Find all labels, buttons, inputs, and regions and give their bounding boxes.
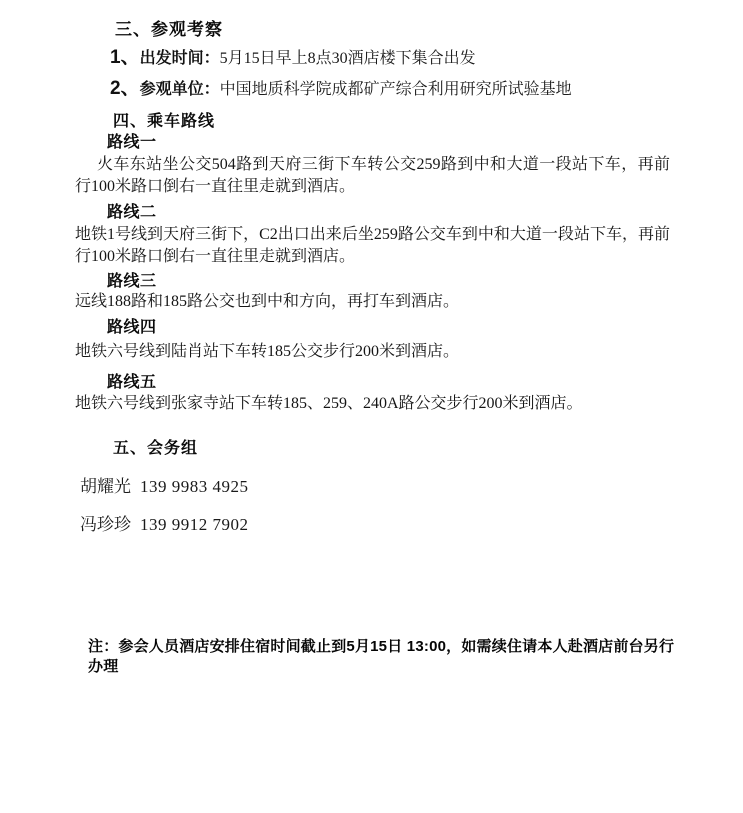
contact-name: 冯珍珍 — [80, 515, 131, 534]
route-3-text: 远线188路和185路公交也到中和方向，再打车到酒店。 — [75, 291, 670, 313]
route-2-label: 路线二 — [107, 199, 157, 222]
route-4-text: 地铁六号线到陆肖站下车转185公交步行200米到酒店。 — [75, 341, 670, 363]
departure-time-value: 5月15日早上8点30酒店楼下集合出发 — [220, 50, 476, 67]
route-5-label: 路线五 — [107, 369, 157, 392]
route-3-label: 路线三 — [107, 268, 157, 291]
document-page: 三、参观考察 1、出发时间：5月15日早上8点30酒店楼下集合出发 2、参观单位… — [0, 0, 743, 813]
contact-row: 胡耀光139 9983 4925 — [80, 472, 249, 497]
route-5-text: 地铁六号线到张家寺站下车转185、259、240A路公交步行200米到酒店。 — [75, 393, 670, 415]
visit-unit-label: 参观单位： — [140, 81, 220, 98]
visit-unit-value: 中国地质科学院成都矿产综合利用研究所试验基地 — [220, 81, 572, 98]
departure-time-label: 出发时间： — [140, 50, 220, 67]
departure-time-item: 1、出发时间：5月15日早上8点30酒店楼下集合出发 — [110, 42, 476, 69]
item-number: 2、 — [110, 78, 140, 99]
route-1-text: 火车东站坐公交504路到天府三街下车转公交259路到中和大道一段站下车，再前行1… — [75, 154, 670, 198]
section-heading-transport: 四、乘车路线 — [113, 108, 215, 131]
contact-phone: 139 9983 4925 — [140, 477, 249, 496]
note-text: 注：参会人员酒店安排住宿时间截止到5月15日 13:00，如需续住请本人赴酒店前… — [88, 637, 678, 677]
route-2-text: 地铁1号线到天府三街下，C2出口出来后坐259路公交车到中和大道一段站下车，再前… — [75, 224, 670, 268]
contact-name: 胡耀光 — [80, 477, 131, 496]
section-heading-committee: 五、会务组 — [113, 435, 198, 458]
contact-row: 冯珍珍139 9912 7902 — [80, 510, 249, 535]
section-heading-visit: 三、参观考察 — [115, 15, 223, 40]
route-4-label: 路线四 — [107, 314, 157, 337]
route-1-label: 路线一 — [107, 129, 157, 152]
item-number: 1、 — [110, 47, 140, 68]
visit-unit-item: 2、参观单位：中国地质科学院成都矿产综合利用研究所试验基地 — [110, 73, 572, 100]
contact-phone: 139 9912 7902 — [140, 515, 249, 534]
